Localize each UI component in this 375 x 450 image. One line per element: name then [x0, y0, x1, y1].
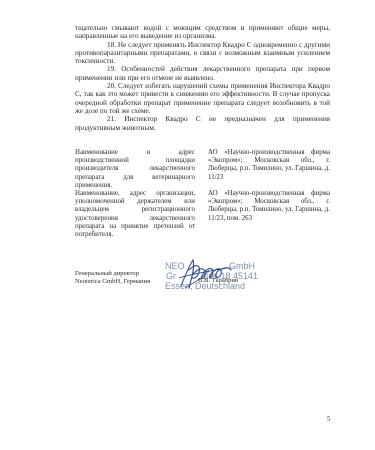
signatory-title: Генеральный директор Neoterica GmbH, Гер… [75, 270, 155, 286]
paragraph-21: 21. Инспектор Квадро С не предназначен д… [75, 115, 330, 132]
info-row: Наименование, адрес организации, уполном… [75, 190, 330, 239]
paragraph-continuation: тщательно смывают водой с моющим средств… [75, 24, 330, 41]
body-text: тщательно смывают водой с моющим средств… [75, 24, 330, 132]
manufacturer-info: Наименование и адрес производственной пл… [75, 149, 330, 190]
document-page: тщательно смывают водой с моющим средств… [0, 0, 375, 450]
paragraph-20: 20. Следует избегать нарушений схемы при… [75, 82, 330, 115]
signatory-name: В.В. Тарабрин [198, 277, 238, 285]
info-label: Наименование и адрес производственной пл… [75, 149, 195, 190]
info-label: Наименование, адрес организации, уполном… [75, 190, 195, 239]
paragraph-19: 19. Особенностей действия лекарственного… [75, 65, 330, 82]
page-number: 5 [327, 415, 331, 423]
signatory-title-line2: Neoterica GmbH, Германия [75, 278, 155, 286]
info-row: Наименование и адрес производственной пл… [75, 149, 330, 190]
signature-block: Генеральный директор Neoterica GmbH, Гер… [75, 270, 330, 320]
signatory-title-line1: Генеральный директор [75, 270, 155, 278]
info-value: АО «Научно-производственная фирма «Экопр… [208, 190, 330, 239]
handwritten-signature-icon [175, 258, 235, 292]
info-value: АО «Научно-производственная фирма «Экопр… [208, 149, 330, 190]
claims-organization-info: Наименование, адрес организации, уполном… [75, 190, 330, 239]
paragraph-18: 18. Не следует применять Инспектор Квадр… [75, 41, 330, 66]
